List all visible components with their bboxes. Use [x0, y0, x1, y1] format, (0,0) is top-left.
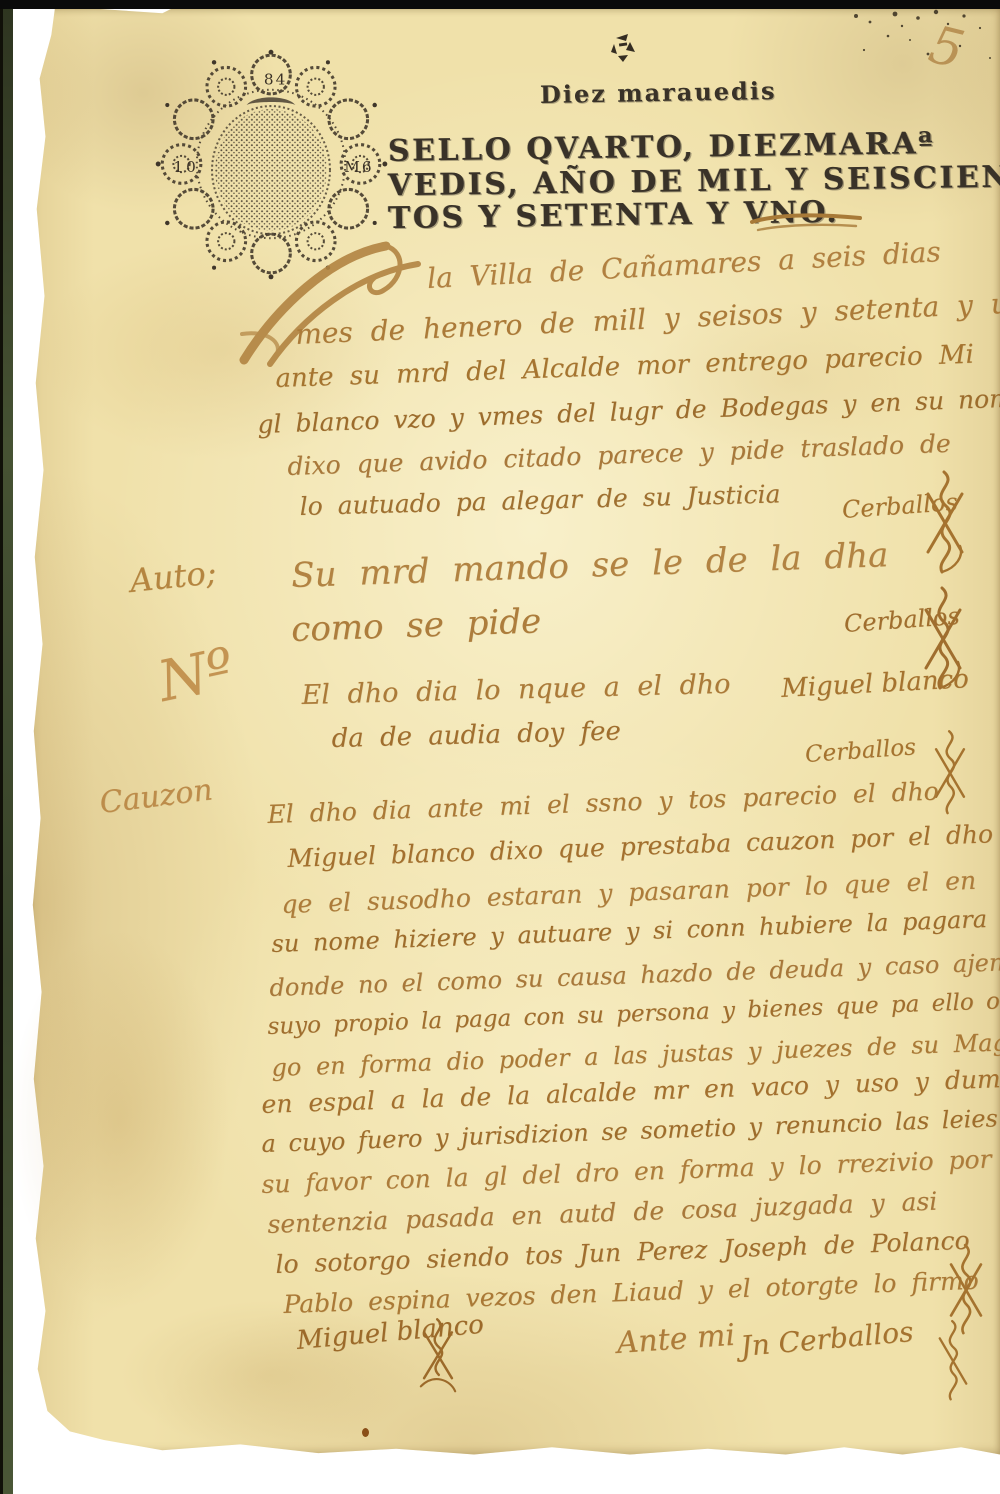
- notary-rubric: [920, 468, 970, 578]
- seal-right-number: M6: [344, 158, 373, 176]
- signature-rubric: [930, 1318, 976, 1404]
- ink-blot: [362, 1428, 369, 1437]
- seal-left-number: 10: [173, 158, 199, 176]
- pen-dash: [748, 204, 868, 234]
- signature-rubric: [408, 1316, 468, 1406]
- dirt-speckles: [840, 6, 1000, 86]
- photo-edge-left-green: [3, 0, 13, 1494]
- seal-top-number: 84: [264, 71, 287, 89]
- printed-cross-mark-icon: [602, 28, 648, 68]
- stamp-motto: Diez marauedis: [540, 76, 777, 109]
- manuscript-photo: { "page": { "folio_number": "5", "paper_…: [0, 0, 1000, 1494]
